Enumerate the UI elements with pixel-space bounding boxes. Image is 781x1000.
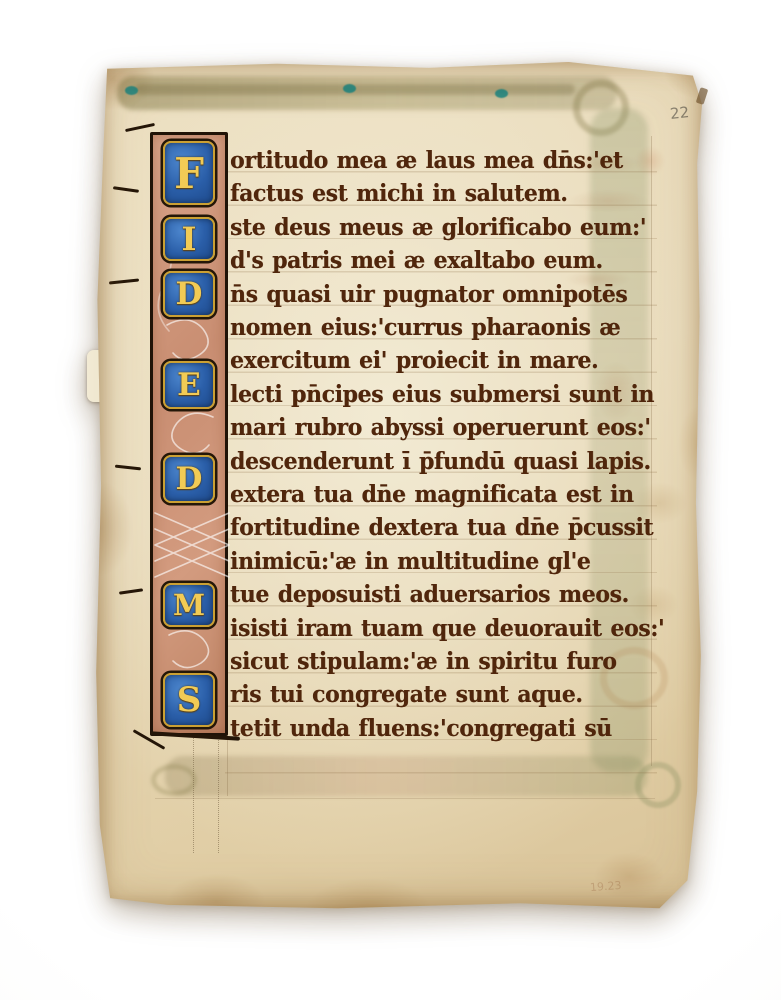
text-line: mari rubro abyssi operuerunt eos:' [230, 413, 651, 442]
teal-paint-dot [495, 89, 508, 98]
penwork-flourish [113, 186, 139, 192]
manuscript-leaf: F I D E D M S ortitudo mea æ laus mea dn… [95, 62, 702, 910]
text-line: tue deposuisti aduersarios meos. [230, 580, 629, 609]
penwork-flourish [125, 123, 155, 132]
text-line: d's patris mei æ exaltabo eum. [230, 246, 603, 275]
penwork-flourish [109, 278, 139, 284]
text-line: descenderunt ī p̄fundū quasi lapis. [230, 447, 651, 476]
text-line: lecti pn̄cipes eius submersi sunt in [230, 380, 654, 409]
latin-text-block: ortitudo mea æ laus mea dn̄s:'et factus … [230, 144, 675, 804]
text-line: ste deus meus æ glorificabo eum:' [230, 213, 646, 242]
illuminated-initial-E: E [163, 361, 215, 409]
teal-paint-dot [343, 84, 356, 93]
teal-paint-dot [125, 86, 138, 95]
manuscript-photo: F I D E D M S ortitudo mea æ laus mea dn… [0, 0, 781, 1000]
illuminated-initial-D: D [163, 271, 215, 317]
text-line: exercitum ei' proiecit in mare. [230, 346, 598, 375]
manuscript-leaf-wrap: F I D E D M S ortitudo mea æ laus mea dn… [95, 62, 702, 910]
ruling-dotted-vertical [193, 738, 194, 853]
text-line: n̄s quasi uir pugnator omnipotēs [230, 280, 627, 309]
text-line: tetit unda fluens:'congregati sū [230, 714, 612, 743]
text-line: ris tui congregate sunt aque. [230, 680, 583, 709]
illuminated-initial-I: I [163, 217, 215, 261]
penwork-flourish [119, 588, 143, 594]
text-line: nomen eius:'currus pharaonis æ [230, 313, 620, 342]
faded-border-leaf-tip [151, 764, 197, 796]
illuminated-initial-S: S [163, 673, 215, 727]
text-line: sicut stipulam:'æ in spiritu furo [230, 647, 617, 676]
penwork-flourish [115, 465, 141, 470]
text-line: extera tua dn̄e magnificata est in [230, 480, 634, 509]
faint-inscription: 19.23 [590, 879, 622, 894]
ruling-dotted-vertical [218, 738, 219, 853]
text-line: isisti iram tuam que deuorauit eos:' [230, 614, 664, 643]
folio-number: 22 [669, 103, 690, 123]
text-line: fortitudine dextera tua dn̄e p̄cussit [230, 513, 653, 542]
illuminated-initial-bar: F I D E D M S [150, 132, 228, 736]
text-line: inimicū:'æ in multitudine gl'e [230, 547, 590, 576]
illuminated-initial-D2: D [163, 455, 215, 503]
text-line: ortitudo mea æ laus mea dn̄s:'et [230, 146, 623, 175]
text-line: factus est michi in salutem. [230, 179, 567, 208]
illuminated-initial-F: F [163, 141, 215, 205]
illuminated-initial-M: M [163, 583, 215, 627]
